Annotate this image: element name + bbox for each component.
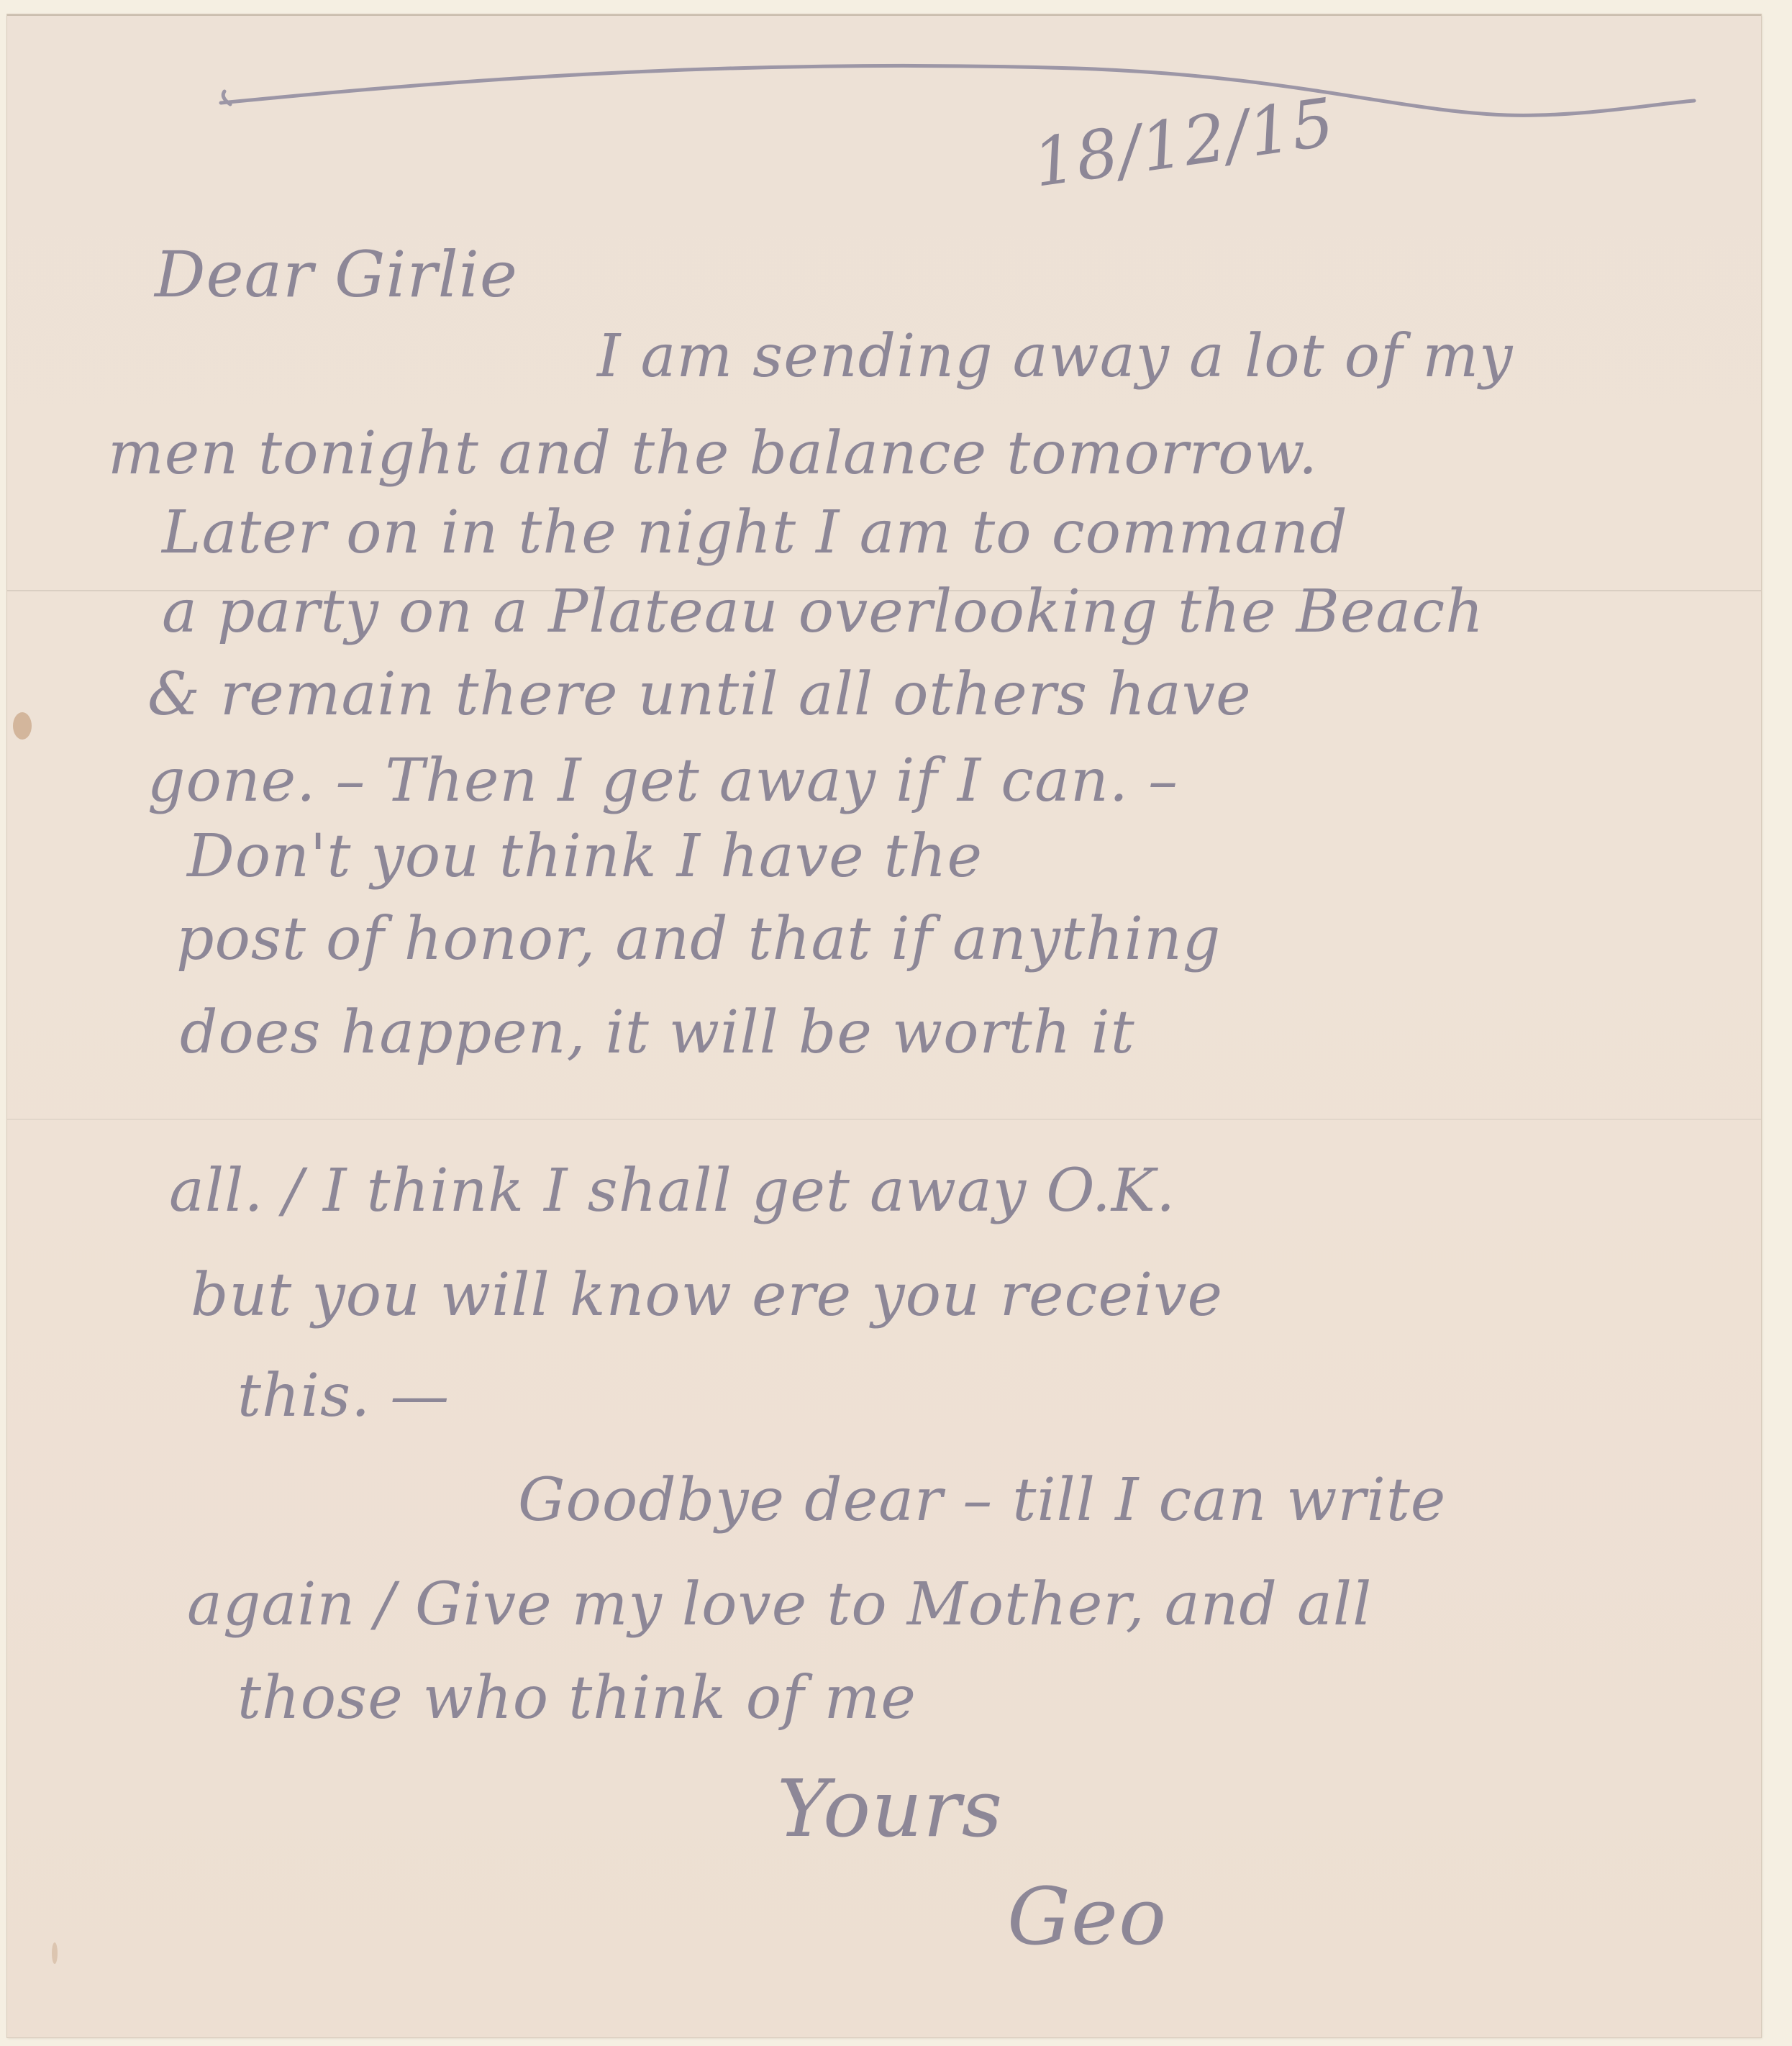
letter-line: post of honor, and that if anything: [176, 910, 1221, 969]
letter-line: this. —: [237, 1367, 450, 1426]
letter-line: gone. – Then I get away if I can. –: [147, 752, 1178, 811]
letter-line: all. / I think I shall get away O.K.: [169, 1162, 1175, 1221]
letter-line: I am sending away a lot of my: [597, 327, 1513, 386]
letter-line: men tonight and the balance tomorrow.: [108, 424, 1318, 483]
rust-stain: [13, 712, 32, 740]
letter-line: Later on in the night I am to command: [162, 504, 1348, 563]
letter-line: again / Give my love to Mother, and all: [187, 1576, 1372, 1634]
ink-spot: [52, 1942, 58, 1964]
decorative-flourish: [212, 61, 1723, 140]
signature: Geo: [1007, 1870, 1167, 1963]
letter-line: Goodbye dear – till I can write: [518, 1471, 1446, 1530]
letter-line: but you will know ere you receive: [191, 1266, 1223, 1325]
letter-line: those who think of me: [237, 1669, 917, 1728]
letter-line: does happen, it will be worth it: [180, 1004, 1135, 1063]
letter-line: & remain there until all others have: [147, 665, 1252, 724]
letter-line: a party on a Plateau overlooking the Bea…: [162, 583, 1484, 642]
fold-crease: [7, 1119, 1761, 1120]
salutation: Dear Girlie: [155, 237, 518, 312]
closing: Yours: [777, 1763, 1003, 1855]
letter-line: Don't you think I have the: [187, 827, 983, 886]
